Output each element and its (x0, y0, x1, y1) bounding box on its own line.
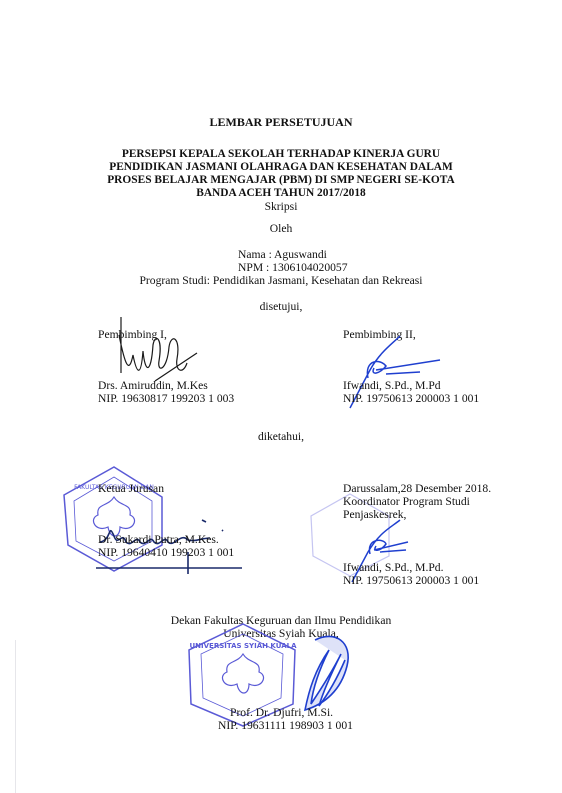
thesis-title-line-3: PROSES BELAJAR MENGAJAR (PBM) DI SMP NEG… (0, 174, 562, 187)
thesis-title-line-2: PENDIDIKAN JASMANI OLAHRAGA DAN KESEHATA… (0, 161, 562, 174)
supervisor-2-name: Ifwandi, S.Pd., M.Pd (343, 379, 441, 392)
supervisor-1-role: Pembimbing I, (98, 328, 167, 341)
supervisor-2-nip: NIP. 19750613 200003 1 001 (343, 392, 479, 405)
supervisor-2-role: Pembimbing II, (343, 328, 416, 341)
dean-nip: NIP. 19631111 198903 1 001 (218, 719, 353, 732)
supervisor-1-name: Drs. Amiruddin, M.Kes (98, 379, 208, 392)
approved-label: disetujui, (0, 300, 562, 313)
coordinator-role-line-1: Koordinator Program Studi (343, 495, 470, 508)
svg-text:UNIVERSITAS SYIAH KUALA: UNIVERSITAS SYIAH KUALA (189, 642, 297, 650)
thesis-title-line-1: PERSEPSI KEPALA SEKOLAH TERHADAP KINERJA… (0, 148, 562, 161)
coordinator-nip: NIP. 19750613 200003 1 001 (343, 574, 479, 587)
head-of-department-role: Ketua Jurusan (98, 482, 164, 495)
supervisor-1-nip: NIP. 19630817 199203 1 003 (98, 392, 234, 405)
author-name: Nama : Aguswandi (238, 248, 327, 261)
head-of-department-nip: NIP. 19640410 199203 1 001 (98, 546, 234, 559)
scan-edge-line (15, 640, 16, 793)
by-label: Oleh (0, 222, 562, 235)
place-date: Darussalam,28 Desember 2018. (343, 482, 491, 495)
dean-name: Prof. Dr. Djufri, M.Si. (230, 706, 333, 719)
dean-role-line-2: Universitas Syiah Kuala, (0, 627, 562, 640)
acknowledged-label: diketahui, (0, 430, 562, 443)
dean-signature (285, 630, 360, 715)
coordinator-name: Ifwandi, S.Pd., M.Pd. (343, 561, 444, 574)
page-heading: LEMBAR PERSETUJUAN (0, 116, 562, 129)
document-type: Skripsi (0, 200, 562, 213)
head-of-department-name: Dr. Sukardi Putra, M.Kes. (98, 533, 219, 546)
author-npm: NPM : 1306104020057 (238, 261, 348, 274)
coordinator-role-line-2: Penjaskesrek, (343, 508, 406, 521)
study-program: Program Studi: Pendidikan Jasmani, Keseh… (0, 274, 562, 287)
thesis-title-line-4: BANDA ACEH TAHUN 2017/2018 (0, 187, 562, 200)
dean-role-line-1: Dekan Fakultas Keguruan dan Ilmu Pendidi… (0, 614, 562, 627)
